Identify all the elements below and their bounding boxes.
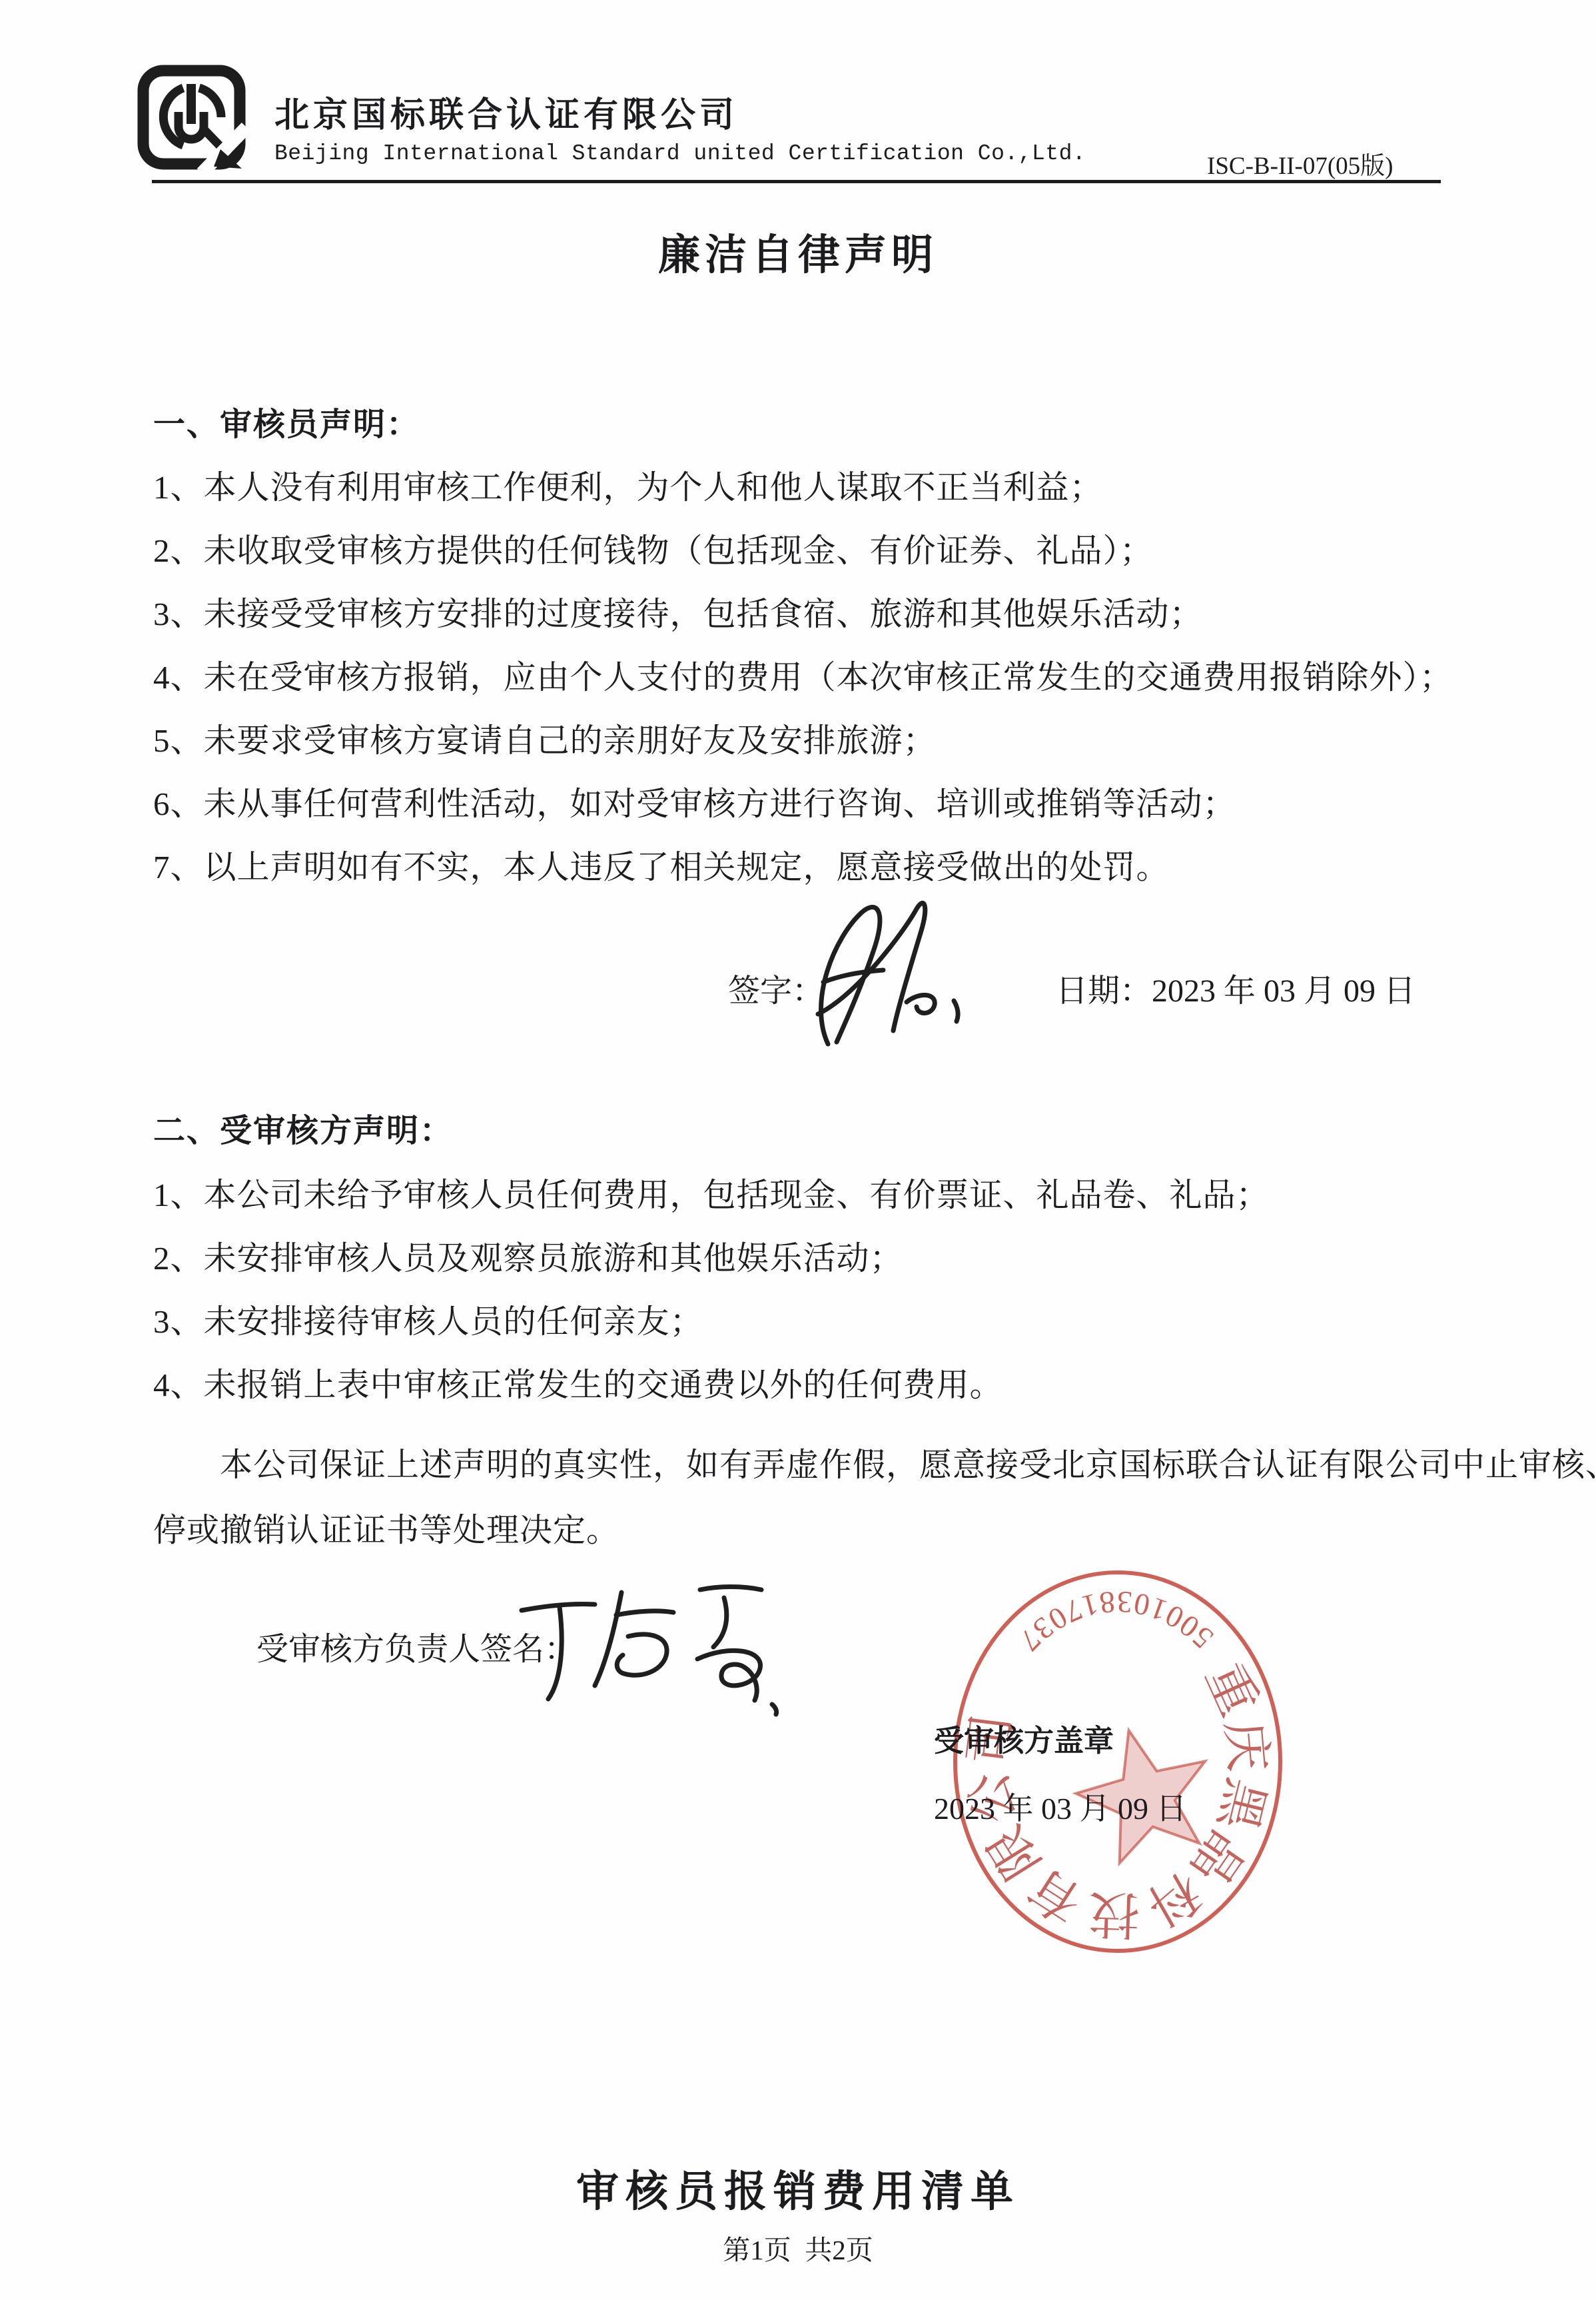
scanned-document-page: 北京国标联合认证有限公司 Beijing International Stand… [0,0,1596,2300]
guarantee-paragraph-line: 停或撤销认证证书等处理决定。 [153,1504,619,1551]
red-company-stamp: 重庆黑晶科技有限公司 5001038170379 [951,1567,1284,1957]
next-section-title: 审核员报销费用清单 [0,2157,1596,2219]
declaration-item: 2、未安排审核人员及观察员旅游和其他娱乐活动； [153,1233,903,1279]
company-name-cn: 北京国标联合认证有限公司 [274,87,738,137]
section1-heading: 一、审核员声明： [153,398,420,444]
declaration-item: 5、未要求受审核方宴请自己的亲朋好友及安排旅游； [153,715,937,762]
svg-text:5001038170379: 5001038170379 [942,1540,1220,1660]
auditor-handwritten-signature [798,901,985,1057]
auditee-handwritten-signature [510,1580,796,1720]
auditee-stamp-date: 2023 年 03 月 09 日 [934,1784,1187,1828]
declaration-item: 2、未收取受审核方提供的任何钱物（包括现金、有价证券、礼品）； [153,525,1153,572]
declaration-item: 1、本公司未给予审核人员任何费用，包括现金、有价票证、礼品卷、礼品； [153,1169,1270,1216]
declaration-item: 6、未从事任何营利性活动，如对受审核方进行咨询、培训或推销等活动； [153,778,1236,825]
auditee-stamp-label: 受审核方盖章 [934,1716,1114,1760]
declaration-item: 4、未在受审核方报销，应由个人支付的费用（本次审核正常发生的交通费用报销除外）； [153,652,1453,698]
declaration-item: 1、本人没有利用审核工作便利，为个人和他人谋取不正当利益； [153,462,1103,508]
stamp-serial-number: 5001038170379 [942,1540,1220,1660]
document-title: 廉洁自律声明 [0,221,1596,282]
header-divider [152,180,1441,183]
isc-logo-icon [137,65,246,172]
document-code: ISC-B-II-07(05版) [1207,145,1394,181]
section2-heading: 二、受审核方声明： [153,1105,453,1151]
declaration-item: 7、以上声明如有不实，本人违反了相关规定，愿意接受做出的处罚。 [153,842,1170,888]
declaration-item: 3、未接受受审核方安排的过度接待，包括食宿、旅游和其他娱乐活动； [153,588,1203,635]
company-name-en: Beijing International Standard united Ce… [274,141,1086,166]
page-number: 第1页 共2页 [0,2228,1596,2267]
auditor-date: 日期：2023 年 03 月 09 日 [1056,965,1415,1011]
declaration-item: 4、未报销上表中审核正常发生的交通费以外的任何费用。 [153,1359,1003,1406]
guarantee-paragraph-line: 本公司保证上述声明的真实性，如有弄虚作假，愿意接受北京国标联合认证有限公司中止审… [220,1439,1596,1486]
declaration-item: 3、未安排接待审核人员的任何亲友； [153,1296,703,1343]
